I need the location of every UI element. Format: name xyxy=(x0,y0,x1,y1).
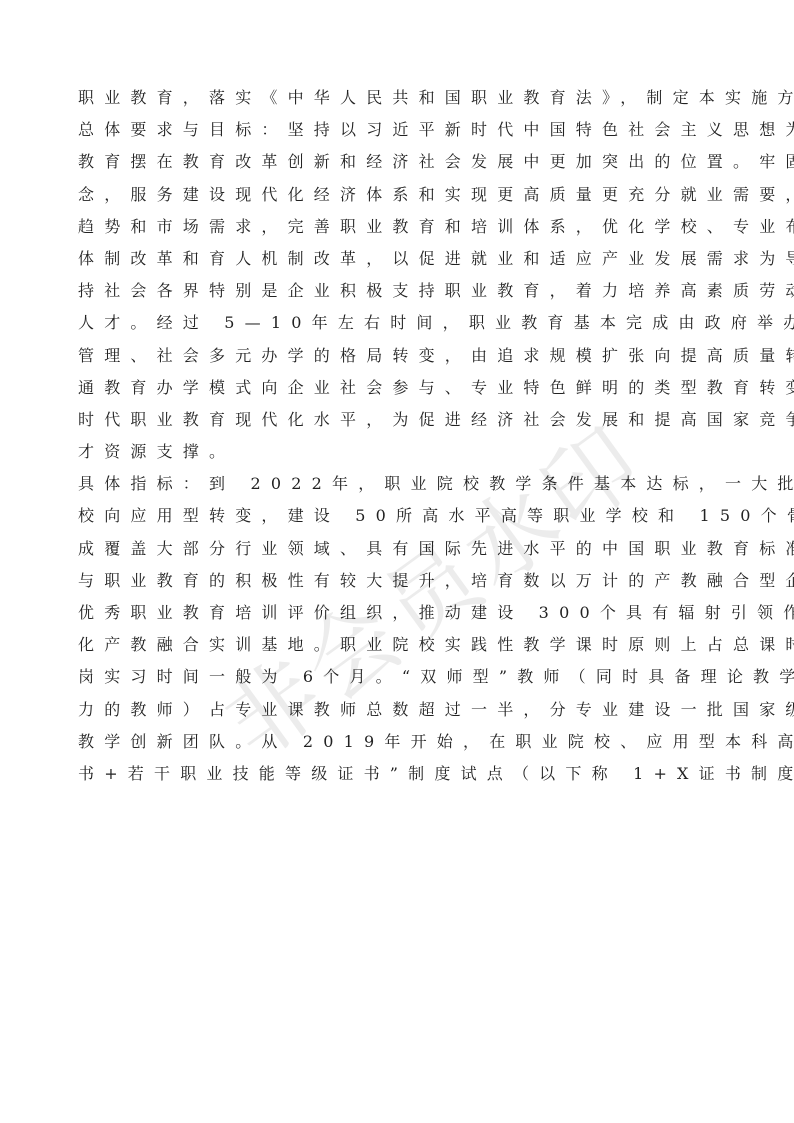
text-line: 校向应用型转变，建设 50所高水平高等职业学校和 150个骨干专业（群）。建 xyxy=(78,500,728,532)
text-line: 与职业教育的积极性有较大提升，培育数以万计的产教融合型企业，打造一批 xyxy=(78,565,728,597)
text-line: 人才。经过 5—10年左右时间，职业教育基本完成由政府举办为主向政府统筹 xyxy=(78,307,728,339)
text-line: 成覆盖大部分行业领域、具有国际先进水平的中国职业教育标准体系。企业参 xyxy=(78,533,728,565)
text-line: 教学创新团队。从 2019年开始，在职业院校、应用型本科高校启动“学历证 xyxy=(78,726,728,758)
text-line: 趋势和市场需求，完善职业教育和培训体系，优化学校、专业布局，深化办学 xyxy=(78,211,728,243)
text-line: 才资源支撑。 xyxy=(78,436,728,468)
text-line: 职业教育，落实《中华人民共和国职业教育法》，制定本实施方案。 xyxy=(78,82,728,114)
text-line: 力的教师）占专业课教师总数超过一半，分专业建设一批国家级职业教育教师 xyxy=(78,694,728,726)
text-line: 书+若干职业技能等级证书”制度试点（以下称 1+X证书制度试点）工作。 xyxy=(78,758,728,790)
text-line: 教育摆在教育改革创新和经济社会发展中更加突出的位置。牢固树立新发展理 xyxy=(78,146,728,178)
text-line: 持社会各界特别是企业积极支持职业教育，着力培养高素质劳动者和技术技能 xyxy=(78,275,728,307)
text-line: 体制改革和育人机制改革，以促进就业和适应产业发展需求为导向，鼓励和支 xyxy=(78,243,728,275)
text-line: 时代职业教育现代化水平，为促进经济社会发展和提高国家竞争力提供优质人 xyxy=(78,404,728,436)
text-line: 岗实习时间一般为 6个月。“双师型”教师（同时具备理论教学和实践教学能 xyxy=(78,661,728,693)
document-page: 非会员水印 职业教育，落实《中华人民共和国职业教育法》，制定本实施方案。 总体要… xyxy=(0,0,794,1123)
text-line: 具体指标：到 2022年，职业院校教学条件基本达标，一大批普通本科高等学 xyxy=(78,468,728,500)
text-line: 总体要求与目标：坚持以习近平新时代中国特色社会主义思想为指导，把职业 xyxy=(78,114,728,146)
text-line: 通教育办学模式向企业社会参与、专业特色鲜明的类型教育转变，大幅提升新 xyxy=(78,372,728,404)
document-body: 职业教育，落实《中华人民共和国职业教育法》，制定本实施方案。 总体要求与目标：坚… xyxy=(78,82,728,790)
text-line: 念，服务建设现代化经济体系和实现更高质量更充分就业需要，对接科技发展 xyxy=(78,179,728,211)
text-line: 管理、社会多元办学的格局转变，由追求规模扩张向提高质量转变，由参照普 xyxy=(78,340,728,372)
text-line: 化产教融合实训基地。职业院校实践性教学课时原则上占总课时一半以上，顶 xyxy=(78,629,728,661)
text-line: 优秀职业教育培训评价组织，推动建设 300个具有辐射引领作用的高水平专业 xyxy=(78,597,728,629)
